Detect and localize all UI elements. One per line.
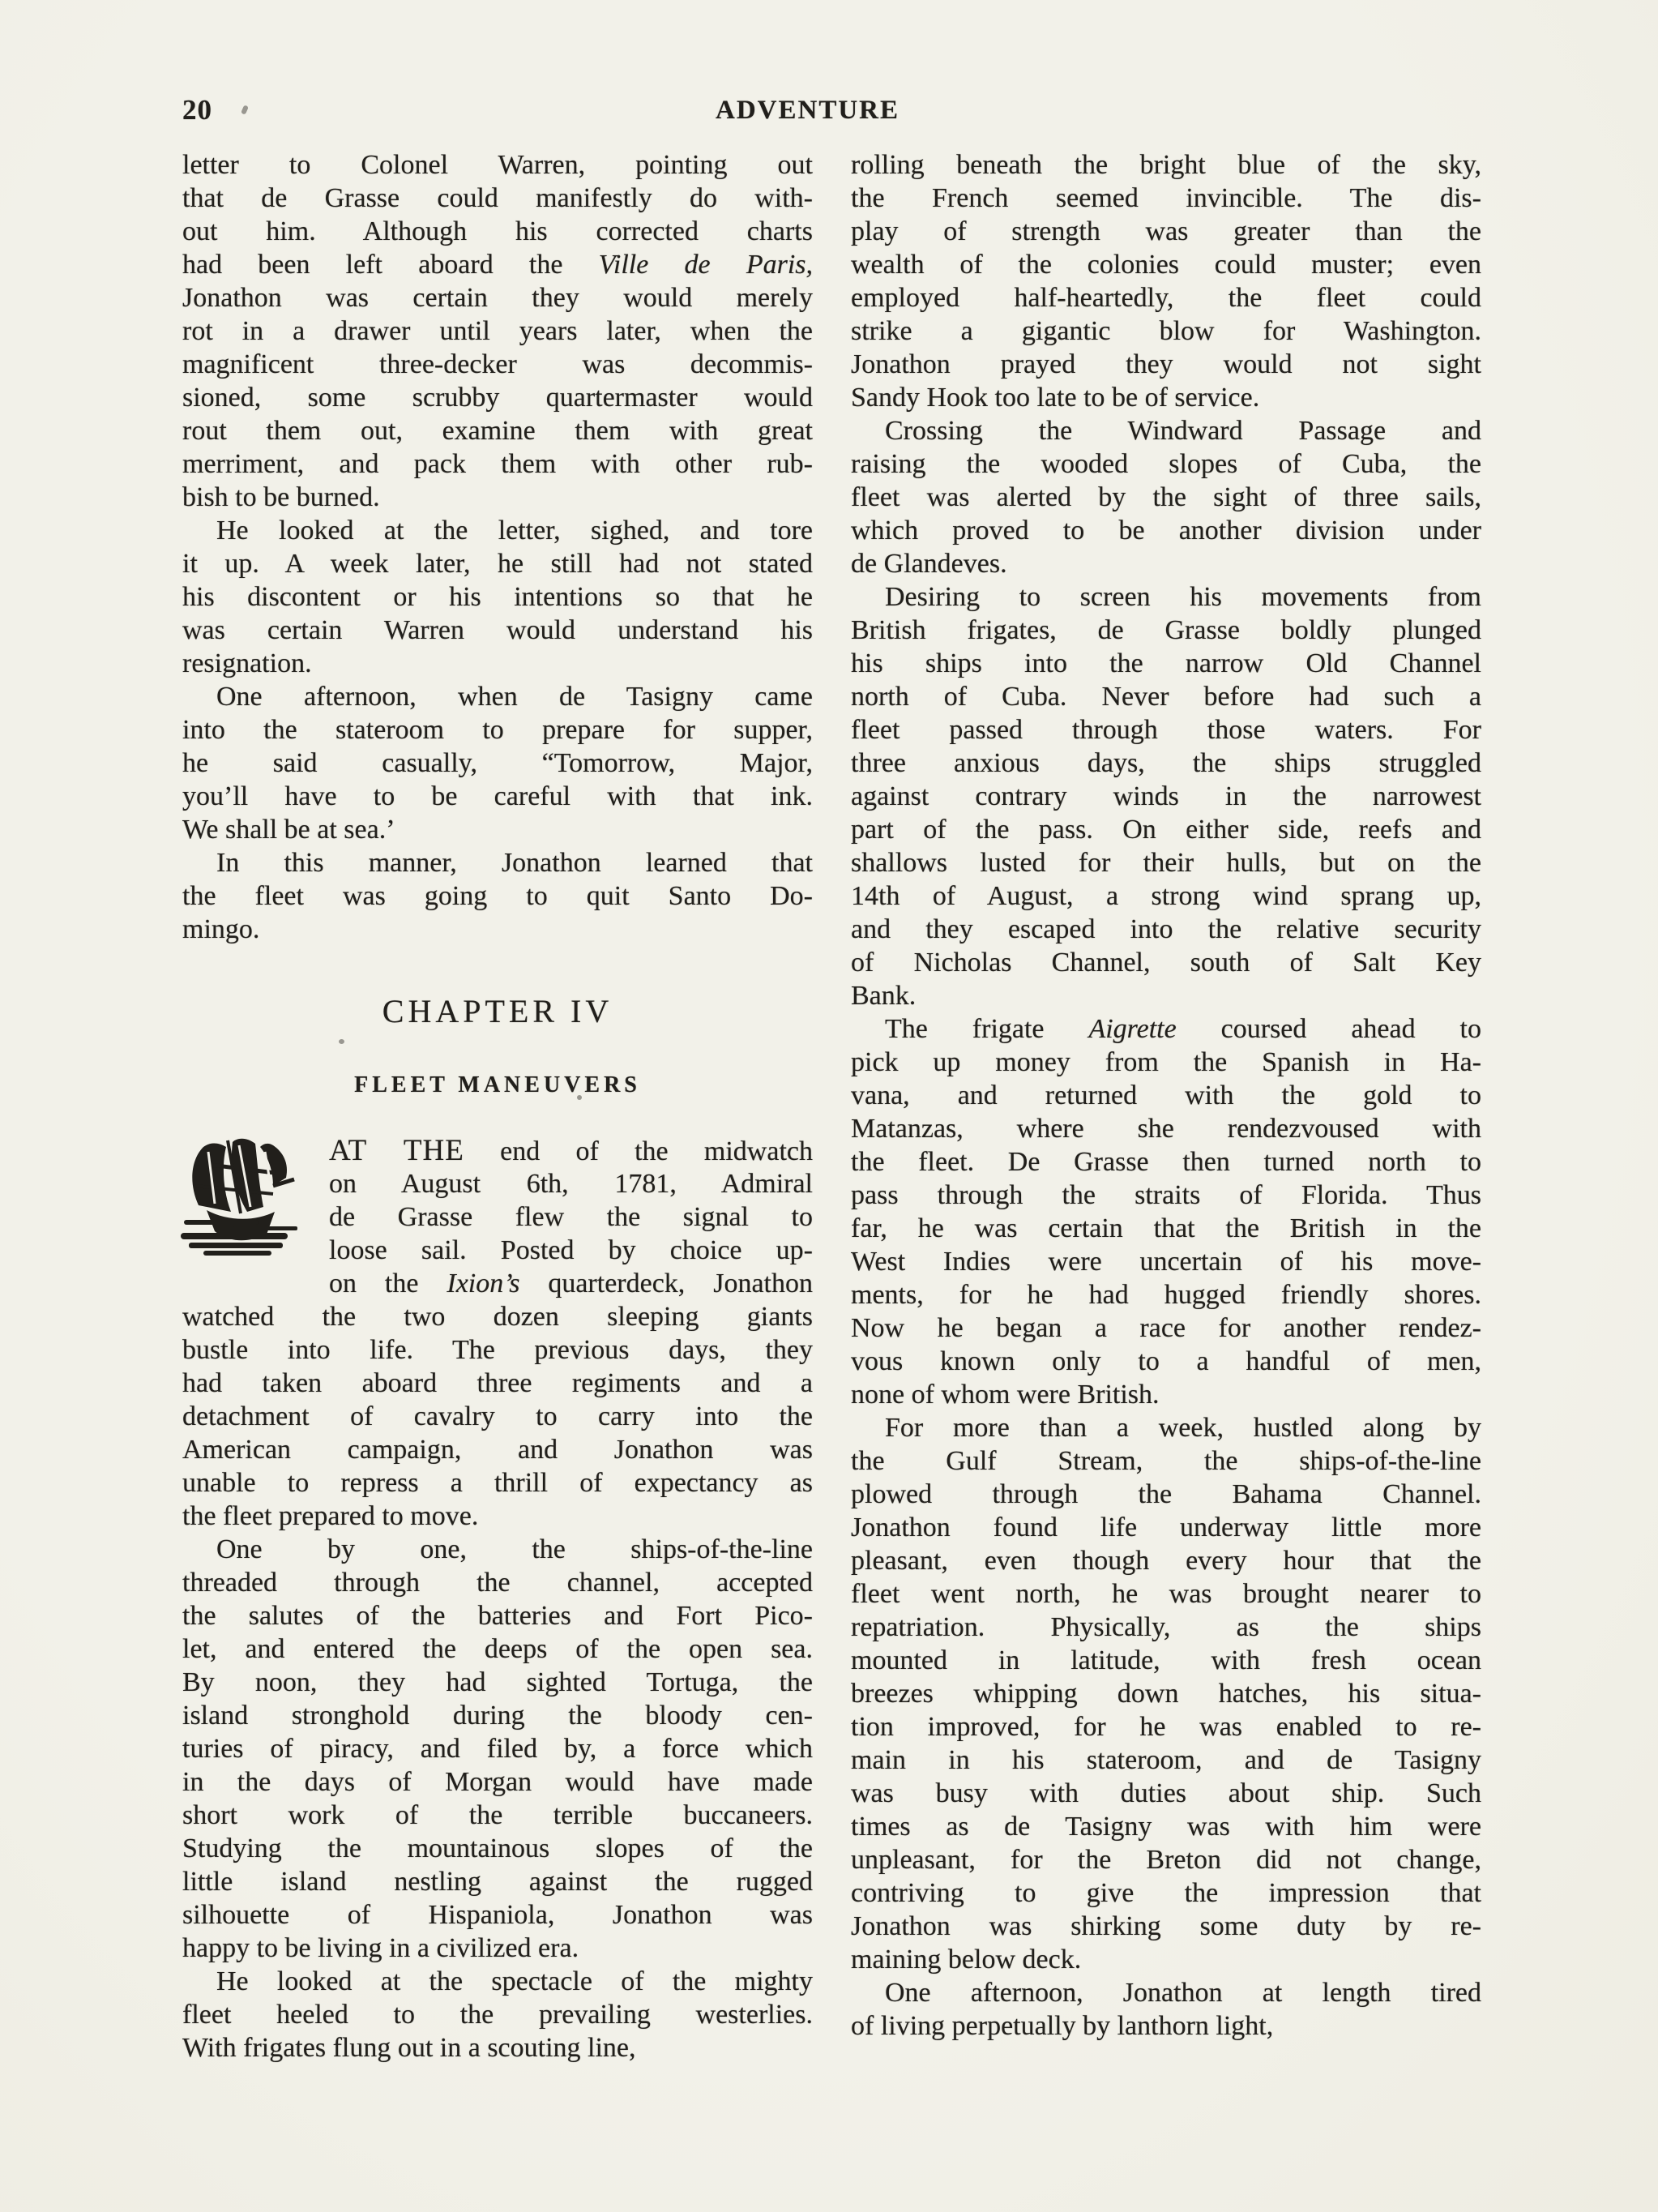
paragraph: AT THE end of the midwatchon August 6th,…: [182, 1134, 813, 1533]
paragraph: rolling beneath the bright blue of the s…: [851, 148, 1481, 414]
text-line: had been left aboard the Ville de Paris,: [182, 248, 813, 281]
text-line: island stronghold during the bloody cen-: [182, 1699, 813, 1732]
text-line: One afternoon, when de Tasigny came: [182, 680, 813, 713]
text-line: British frigates, de Grasse boldly plung…: [851, 614, 1481, 647]
text-line: contriving to give the impression that: [851, 1876, 1481, 1910]
text-line: little island nestling against the rugge…: [182, 1865, 813, 1898]
text-line: tion improved, for he was enabled to re-: [851, 1710, 1481, 1744]
text-line: resignation.: [182, 647, 813, 680]
text-line: play of strength was greater than the: [851, 215, 1481, 248]
text-line: the fleet was going to quit Santo Do-: [182, 879, 813, 913]
text-line: which proved to be another division unde…: [851, 514, 1481, 547]
text-line: happy to be living in a civilized era.: [182, 1932, 813, 1965]
scan-speck: [577, 1095, 582, 1100]
text-line: 14th of August, a strong wind sprang up,: [851, 879, 1481, 913]
text-line: strike a gigantic blow for Washington.: [851, 314, 1481, 348]
text-line: silhouette of Hispaniola, Jonathon was: [182, 1898, 813, 1932]
text-line: Jonathon was shirking some duty by re-: [851, 1910, 1481, 1943]
text-line: out him. Although his corrected charts: [182, 215, 813, 248]
text-line: merriment, and pack them with other rub-: [182, 447, 813, 481]
text-line: none of whom were British.: [851, 1378, 1481, 1411]
text-line: Desiring to screen his movements from: [851, 580, 1481, 614]
magazine-title: ADVENTURE: [182, 96, 1433, 126]
text-line: In this manner, Jonathon learned that: [182, 846, 813, 879]
text-line: times as de Tasigny was with him were: [851, 1810, 1481, 1843]
text-line: part of the pass. On either side, reefs …: [851, 813, 1481, 846]
chapter-title: CHAPTER IV: [182, 992, 813, 1030]
paragraph: The frigate Aigrette coursed ahead topic…: [851, 1012, 1481, 1411]
text-line: vous known only to a handful of men,: [851, 1345, 1481, 1378]
paragraph: letter to Colonel Warren, pointing outth…: [182, 148, 813, 514]
page-header: 20 ADVENTURE: [182, 94, 1481, 130]
text-line: vana, and returned with the gold to: [851, 1079, 1481, 1112]
text-line: had taken aboard three regiments and a: [182, 1367, 813, 1400]
text-line: the salutes of the batteries and Fort Pi…: [182, 1599, 813, 1632]
text-line: raising the wooded slopes of Cuba, the: [851, 447, 1481, 481]
paragraph: He looked at the letter, sighed, and tor…: [182, 514, 813, 680]
paragraph: For more than a week, hustled along byth…: [851, 1411, 1481, 1976]
text-line: Jonathon was certain they would merely: [182, 281, 813, 314]
paragraph: He looked at the spectacle of the mighty…: [182, 1965, 813, 2064]
text-line: mounted in latitude, with fresh ocean: [851, 1644, 1481, 1677]
text-line: repatriation. Physically, as the ships: [851, 1611, 1481, 1644]
text-line: Studying the mountainous slopes of the: [182, 1832, 813, 1865]
text-line: For more than a week, hustled along by: [851, 1411, 1481, 1444]
text-line: that de Grasse could manifestly do with-: [182, 182, 813, 215]
text-line: maining below deck.: [851, 1943, 1481, 1976]
text-line: letter to Colonel Warren, pointing out: [182, 148, 813, 182]
text-line: Now he began a race for another rendez-: [851, 1311, 1481, 1345]
paragraph: Crossing the Windward Passage andraising…: [851, 414, 1481, 580]
text-line: his discontent or his intentions so that…: [182, 580, 813, 614]
text-line: and they escaped into the relative secur…: [851, 913, 1481, 946]
text-line: fleet passed through those waters. For: [851, 713, 1481, 747]
text-line: employed half-heartedly, the fleet could: [851, 281, 1481, 314]
text-line: main in his stateroom, and de Tasigny: [851, 1744, 1481, 1777]
text-line: three anxious days, the ships struggled: [851, 747, 1481, 780]
text-line: the French seemed invincible. The dis-: [851, 182, 1481, 215]
text-line: Sandy Hook too late to be of service.: [851, 381, 1481, 414]
text-line: on the Ixion’s quarterdeck, Jonathon: [182, 1267, 813, 1300]
text-line: Jonathon prayed they would not sight: [851, 348, 1481, 381]
text-line: in the days of Morgan would have made: [182, 1765, 813, 1799]
text-line: mingo.: [182, 913, 813, 946]
text-line: sioned, some scrubby quartermaster would: [182, 381, 813, 414]
text-line: He looked at the spectacle of the mighty: [182, 1965, 813, 1998]
text-line: magnificent three-decker was decommis-: [182, 348, 813, 381]
text-line: rolling beneath the bright blue of the s…: [851, 148, 1481, 182]
text-line: it up. A week later, he still had not st…: [182, 547, 813, 580]
text-line: you’ll have to be careful with that ink.: [182, 780, 813, 813]
text-line: turies of piracy, and filed by, a force …: [182, 1732, 813, 1765]
text-line: fleet went north, he was brought nearer …: [851, 1577, 1481, 1611]
text-line: pick up money from the Spanish in Ha-: [851, 1046, 1481, 1079]
sailing-ship-illustration: [179, 1136, 329, 1269]
text-line: One by one, the ships-of-the-line: [182, 1533, 813, 1566]
text-line: breezes whipping down hatches, his situa…: [851, 1677, 1481, 1710]
paragraph: In this manner, Jonathon learned thatthe…: [182, 846, 813, 946]
text-line: was certain Warren would understand his: [182, 614, 813, 647]
right-column: rolling beneath the bright blue of the s…: [851, 148, 1481, 2064]
text-line: against contrary winds in the narrowest: [851, 780, 1481, 813]
text-line: Crossing the Windward Passage and: [851, 414, 1481, 447]
text-line: pleasant, even though every hour that th…: [851, 1544, 1481, 1577]
text-line: he said casually, “Tomorrow, Major,: [182, 747, 813, 780]
text-line: detachment of cavalry to carry into the: [182, 1400, 813, 1433]
text-line: rout them out, examine them with great: [182, 414, 813, 447]
text-line: de Glandeves.: [851, 547, 1481, 580]
text-line: watched the two dozen sleeping giants: [182, 1300, 813, 1333]
text-line: unable to repress a thrill of expectancy…: [182, 1466, 813, 1500]
text-line: his ships into the narrow Old Channel: [851, 647, 1481, 680]
text-line: rot in a drawer until years later, when …: [182, 314, 813, 348]
text-line: By noon, they had sighted Tortuga, the: [182, 1666, 813, 1699]
text-line: far, he was certain that the British in …: [851, 1212, 1481, 1245]
text-line: He looked at the letter, sighed, and tor…: [182, 514, 813, 547]
text-line: fleet was alerted by the sight of three …: [851, 481, 1481, 514]
page-body: letter to Colonel Warren, pointing outth…: [182, 148, 1481, 2064]
text-line: fleet heeled to the prevailing westerlie…: [182, 1998, 813, 2031]
text-line: Matanzas, where she rendezvoused with: [851, 1112, 1481, 1145]
text-line: short work of the terrible buccaneers.: [182, 1799, 813, 1832]
text-line: West Indies were uncertain of his move-: [851, 1245, 1481, 1278]
text-line: shallows lusted for their hulls, but on …: [851, 846, 1481, 879]
text-line: threaded through the channel, accepted: [182, 1566, 813, 1599]
text-line: into the stateroom to prepare for supper…: [182, 713, 813, 747]
paragraph: One afternoon, when de Tasigny cameinto …: [182, 680, 813, 846]
text-line: Jonathon found life underway little more: [851, 1511, 1481, 1544]
text-line: the fleet prepared to move.: [182, 1500, 813, 1533]
text-line: Bank.: [851, 979, 1481, 1012]
paragraph: One by one, the ships-of-the-linethreade…: [182, 1533, 813, 1965]
text-line: With frigates flung out in a scouting li…: [182, 2031, 813, 2064]
text-line: bish to be burned.: [182, 481, 813, 514]
paragraph: Desiring to screen his movements fromBri…: [851, 580, 1481, 1012]
chapter-subtitle: FLEET MANEUVERS: [182, 1072, 813, 1098]
text-line: One afternoon, Jonathon at length tired: [851, 1976, 1481, 2009]
text-line: the Gulf Stream, the ships-of-the-line: [851, 1444, 1481, 1478]
text-line: We shall be at sea.’: [182, 813, 813, 846]
paragraph: One afternoon, Jonathon at length tiredo…: [851, 1976, 1481, 2043]
text-line: ments, for he had hugged friendly shores…: [851, 1278, 1481, 1311]
text-line: The frigate Aigrette coursed ahead to: [851, 1012, 1481, 1046]
text-line: let, and entered the deeps of the open s…: [182, 1632, 813, 1666]
text-line: north of Cuba. Never before had such a: [851, 680, 1481, 713]
scan-speck: [339, 1039, 344, 1044]
scanned-magazine-page: 20 ADVENTURE letter to Colonel Warren, p…: [0, 0, 1658, 2212]
text-line: unpleasant, for the Breton did not chang…: [851, 1843, 1481, 1876]
sailing-ship-icon: [179, 1136, 302, 1259]
text-line: of Nicholas Channel, south of Salt Key: [851, 946, 1481, 979]
text-line: pass through the straits of Florida. Thu…: [851, 1179, 1481, 1212]
text-line: of living perpetually by lanthorn light,: [851, 2009, 1481, 2043]
chapter-heading: CHAPTER IVFLEET MANEUVERS: [182, 992, 813, 1098]
text-line: American campaign, and Jonathon was: [182, 1433, 813, 1466]
left-column: letter to Colonel Warren, pointing outth…: [182, 148, 813, 2064]
text-line: bustle into life. The previous days, the…: [182, 1333, 813, 1367]
text-line: was busy with duties about ship. Such: [851, 1777, 1481, 1810]
text-line: the fleet. De Grasse then turned north t…: [851, 1145, 1481, 1179]
text-line: wealth of the colonies could muster; eve…: [851, 248, 1481, 281]
text-line: plowed through the Bahama Channel.: [851, 1478, 1481, 1511]
